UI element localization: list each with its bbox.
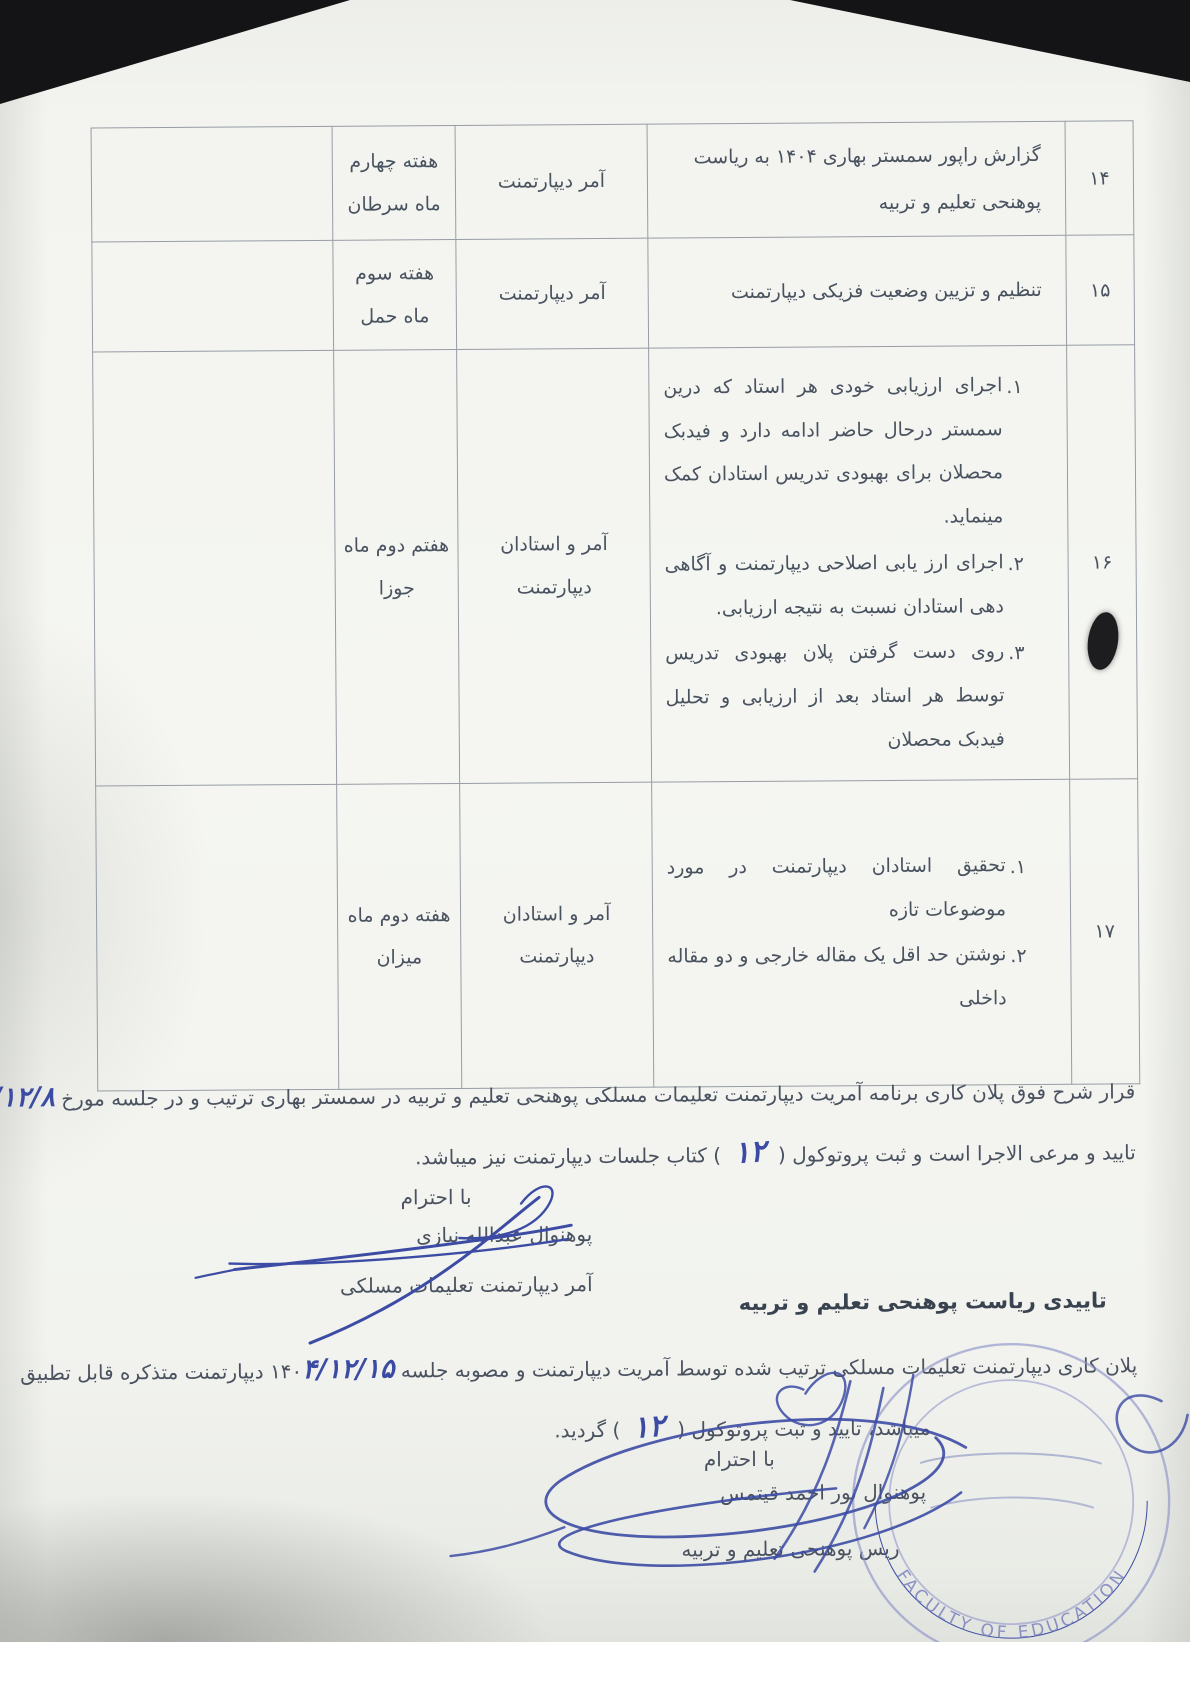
table-row: ۱۶ ۱. اجرای ارزیابی خودی هر استاد که دری… <box>93 345 1138 786</box>
item-text: اجرای ارز یابی اصلاحی دیپارتمنت و آگاهی … <box>664 541 1004 631</box>
table-row: ۱۵ تنظیم و تزیین وضعیت فزیکی دیپارتمنت آ… <box>92 235 1135 352</box>
item-number: ۳. <box>1004 630 1045 761</box>
activity-list-item: ۱. اجرای ارزیابی خودی هر استاد که درین س… <box>663 364 1043 541</box>
empty-cell <box>91 126 333 242</box>
dean-signature-ink <box>405 1351 1190 1642</box>
item-number: ۱. <box>1002 364 1043 539</box>
empty-cell <box>92 240 334 352</box>
item-number: ۲. <box>1003 541 1044 629</box>
timeframe-cell: هفته دوم ماه میزان <box>337 784 462 1090</box>
document-sheet: ۱۴ گزارش راپور سمستر بهاری ۱۴۰۴ به ریاست… <box>0 0 1190 1642</box>
handwritten-protocol-number: ۱۲ <box>732 1134 767 1171</box>
paper-photo: ۱۴ گزارش راپور سمستر بهاری ۱۴۰۴ به ریاست… <box>0 0 1190 1642</box>
closing-text: تایید و مرعی الاجرا است و ثبت پروتوکول ( <box>778 1140 1136 1166</box>
handwritten-date: ۴/۱۲/۱۵ <box>302 1353 394 1385</box>
scanned-document-page: ۱۴ گزارش راپور سمستر بهاری ۱۴۰۴ به ریاست… <box>0 0 1190 1684</box>
handwritten-date: ۱۴۰۳/۱۲/۸ <box>0 1082 55 1114</box>
closing-text: قرار شرح فوق پلان کاری برنامه آمریت دیپا… <box>61 1079 1135 1110</box>
item-number: ۲. <box>1006 933 1047 1021</box>
responsible-cell: آمر دیپارتمنت <box>455 124 648 239</box>
activity-cell: گزارش راپور سمستر بهاری ۱۴۰۴ به ریاست پو… <box>647 121 1066 238</box>
timeframe-cell: هفته چهارم ماه سرطان <box>332 125 456 240</box>
closing-paragraph-line1: قرار شرح فوق پلان کاری برنامه آمریت دیپا… <box>0 1074 1135 1113</box>
empty-cell <box>93 350 337 786</box>
table-row: ۱۷ ۱. تحقیق استادان دیپارتمنت در مورد مو… <box>96 779 1140 1091</box>
responsible-cell: آمر و استادان دیپارتمنت <box>460 782 654 1088</box>
department-head-signature-ink <box>189 1155 611 1378</box>
item-text: تحقیق استادان دیپارتمنت در مورد موضوعات … <box>667 844 1007 934</box>
activity-cell: ۱. اجرای ارزیابی خودی هر استاد که درین س… <box>649 345 1070 782</box>
row-number: ۱۶ <box>1067 345 1138 780</box>
activity-list-item: ۳. روی دست گرفتن پلان بهبودی تدریس توسط … <box>665 630 1045 764</box>
row-number: ۱۷ <box>1070 779 1140 1084</box>
empty-cell <box>96 785 339 1092</box>
item-text: نوشتن حد اقل یک مقاله خارجی و دو مقاله د… <box>667 933 1007 1023</box>
activity-list-item: ۲. اجرای ارز یابی اصلاحی دیپارتمنت و آگا… <box>664 541 1044 631</box>
responsible-cell: آمر دیپارتمنت <box>456 238 649 349</box>
approval-text: دیپارتمنت متذکره قابل تطبیق <box>20 1359 264 1385</box>
item-text: روی دست گرفتن پلان بهبودی تدریس توسط هر … <box>665 630 1005 763</box>
responsible-cell: آمر و استادان دیپارتمنت <box>457 348 652 784</box>
activity-list-item: ۲. نوشتن حد اقل یک مقاله خارجی و دو مقال… <box>667 933 1047 1023</box>
row-number: ۱۴ <box>1065 121 1134 236</box>
table-row: ۱۴ گزارش راپور سمستر بهاری ۱۴۰۴ به ریاست… <box>91 121 1134 242</box>
printed-year: ۱۴۰ <box>270 1359 302 1383</box>
item-number: ۱. <box>1006 844 1047 932</box>
activity-list-item: ۱. تحقیق استادان دیپارتمنت در مورد موضوع… <box>667 844 1047 934</box>
timeframe-cell: هفتم دوم ماه جوزا <box>334 350 460 785</box>
item-text: اجرای ارزیابی خودی هر استاد که درین سمست… <box>663 364 1003 541</box>
approval-heading: تاییدی ریاست پوهنحی تعلیم و تربیه <box>739 1288 1107 1315</box>
work-plan-table: ۱۴ گزارش راپور سمستر بهاری ۱۴۰۴ به ریاست… <box>91 120 1141 1092</box>
approval-date: ۱۴۰۴/۱۲/۱۵ <box>270 1358 395 1383</box>
row-number: ۱۵ <box>1066 235 1135 345</box>
activity-cell: تنظیم و تزیین وضعیت فزیکی دیپارتمنت <box>648 235 1067 348</box>
timeframe-cell: هفته سوم ماه حمل <box>333 240 457 351</box>
activity-cell: ۱. تحقیق استادان دیپارتمنت در مورد موضوع… <box>652 780 1072 1088</box>
